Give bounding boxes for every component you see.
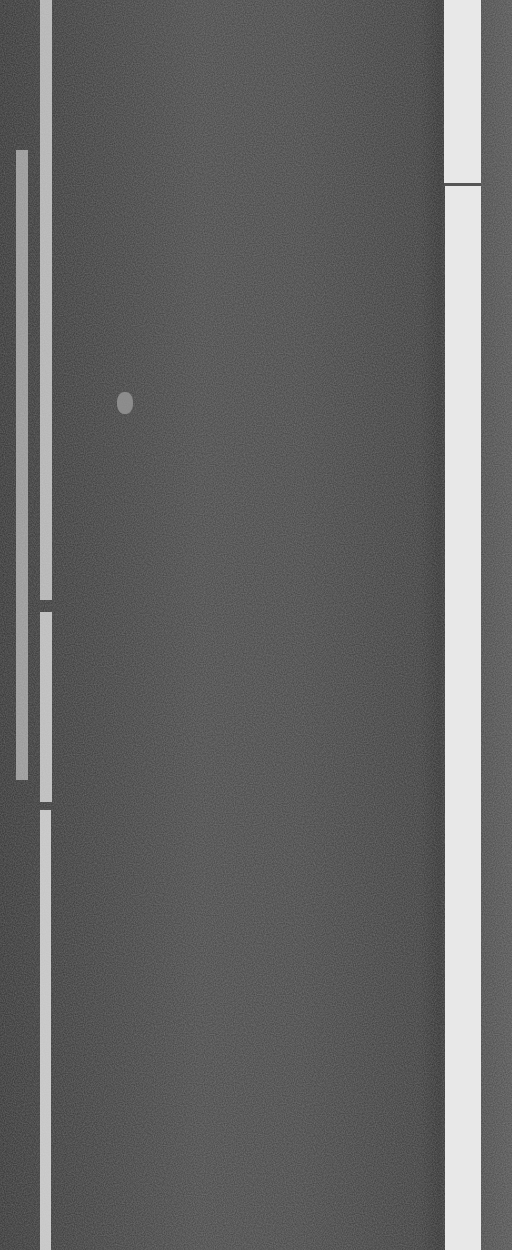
right-edge-line-upper bbox=[444, 0, 481, 183]
left-lane-line-3 bbox=[40, 810, 51, 1250]
left-lane-line-1 bbox=[40, 0, 52, 600]
right-edge-line-lower bbox=[445, 186, 481, 1250]
asphalt-texture bbox=[0, 0, 512, 1250]
left-lane-line-2 bbox=[40, 612, 52, 802]
road-surface bbox=[0, 0, 512, 1250]
road-stain bbox=[117, 392, 133, 414]
left-worn-edge-line-upper bbox=[16, 150, 28, 780]
